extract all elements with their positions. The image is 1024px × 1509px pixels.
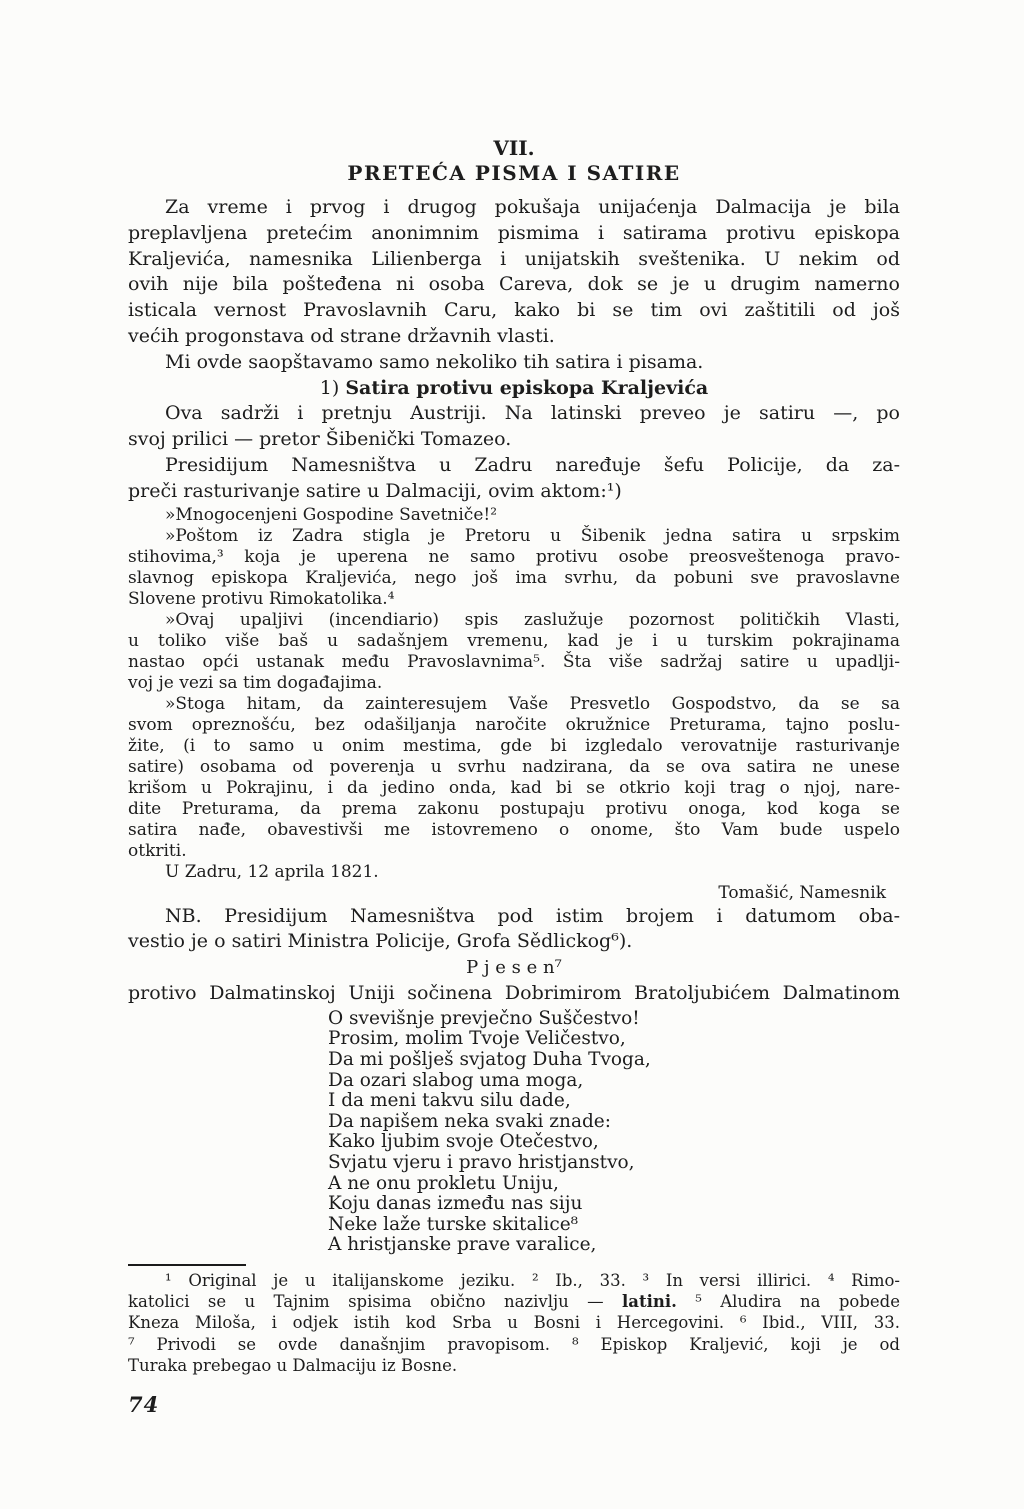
- poem-title: P j e s e n⁷: [128, 955, 900, 981]
- text-line: Turaka prebegao u Dalmaciju iz Bosne.: [128, 1355, 900, 1376]
- text-line: Koju danas između nas siju: [328, 1194, 900, 1215]
- text-line: satira nađe, obavestivši me istovremeno …: [128, 820, 900, 841]
- text-line: Da mi pošlješ svjatog Duha Tvoga,: [328, 1050, 900, 1071]
- footnotes: ¹ Original je u italijanskome jeziku. ² …: [128, 1270, 900, 1376]
- book-page: VII. PRETEĆA PISMA I SATIRE Za vreme i p…: [0, 0, 1024, 1509]
- intro-paragraph: Za vreme i prvog i drugog pokušaja unija…: [128, 195, 900, 350]
- presidium-order-paragraph: Presidijum Namesništva u Zadru naređuje …: [128, 453, 900, 505]
- text-line: »Stoga hitam, da zainteresujem Vaše Pres…: [128, 694, 900, 715]
- text-line: katolici se u Tajnim spisima obično nazi…: [128, 1291, 900, 1312]
- text-line: nastao opći ustanak među Pravoslavnima⁵.…: [128, 652, 900, 673]
- text-line: Svjatu vjeru i pravo hristjanstvo,: [328, 1153, 900, 1174]
- text-line: Slovene protivu Rimokatolika.⁴: [128, 589, 900, 610]
- bold-text-segment: Satira protivu episkopa Kraljevića: [345, 377, 708, 399]
- text-line: A hristjanske prave varalice,: [328, 1235, 900, 1256]
- text-line: preči rasturivanje satire u Dalmaciji, o…: [128, 479, 900, 505]
- text-line: ovih nije bila pošteđena ni osoba Careva…: [128, 272, 900, 298]
- letter-paragraph-3: »Stoga hitam, da zainteresujem Vaše Pres…: [128, 694, 900, 862]
- text-line: Tomašić, Namesnik: [128, 883, 900, 904]
- letter-paragraph-2: »Ovaj upaljivi (incendiario) spis zasluž…: [128, 610, 900, 694]
- satire-intro-paragraph: Ova sadrži i pretnju Austriji. Na latins…: [128, 401, 900, 453]
- text-line: P j e s e n⁷: [128, 955, 900, 981]
- letter-paragraph-1: »Poštom iz Zadra stigla je Pretoru u Šib…: [128, 526, 900, 610]
- text-line: isticala vernost Pravoslavnih Caru, kako…: [128, 298, 900, 324]
- text-line: Mi ovde saopštavamo samo nekoliko tih sa…: [128, 350, 900, 376]
- text-line: Kneza Miloša, i odjek istih kod Srba u B…: [128, 1312, 900, 1333]
- text-line: satire) osobama od poverenja u svrhu nad…: [128, 757, 900, 778]
- text-line: slavnog episkopa Kraljevića, nego još im…: [128, 568, 900, 589]
- poem-subtitle: protivo Dalmatinskoj Uniji sočinena Dobr…: [128, 981, 900, 1007]
- text-line: Kako ljubim svoje Otečestvo,: [328, 1132, 900, 1153]
- nb-paragraph: NB. Presidijum Namesništva pod istim bro…: [128, 904, 900, 956]
- text-line: preplavljena pretećim anonimnim pismima …: [128, 221, 900, 247]
- text-line: Presidijum Namesništva u Zadru naređuje …: [128, 453, 900, 479]
- text-line: Kraljevića, namesnika Lilienberga i unij…: [128, 247, 900, 273]
- page-body: Za vreme i prvog i drugog pokušaja unija…: [128, 195, 900, 1376]
- text-line: stihovima,³ koja je uperena ne samo prot…: [128, 547, 900, 568]
- text-line: vestio je o satiri Ministra Policije, Gr…: [128, 929, 900, 955]
- text-segment: katolici se u Tajnim spisima obično nazi…: [128, 1292, 622, 1311]
- text-line: »Ovaj upaljivi (incendiario) spis zasluž…: [128, 610, 900, 631]
- announce-line: Mi ovde saopštavamo samo nekoliko tih sa…: [128, 350, 900, 376]
- text-line: O svevišnje prevječno Suščestvo!: [328, 1009, 900, 1030]
- text-line: 1) Satira protivu episkopa Kraljevića: [128, 376, 900, 402]
- footnote-rule: [128, 1264, 246, 1266]
- bold-text-segment: latini.: [622, 1292, 677, 1311]
- chapter-title: PRETEĆA PISMA I SATIRE: [128, 161, 900, 186]
- letter-salutation: »Mnogocenjeni Gospodine Savetniče!²: [128, 505, 900, 526]
- text-line: Da ozari slabog uma moga,: [328, 1071, 900, 1092]
- text-line: ¹ Original je u italijanskome jeziku. ² …: [128, 1270, 900, 1291]
- text-line: dite Preturama, da prema zakonu postupaj…: [128, 799, 900, 820]
- text-line: voj je vezi sa tim događajima.: [128, 673, 900, 694]
- text-line: Prosim, molim Tvoje Veličestvo,: [328, 1029, 900, 1050]
- text-line: žite, (i to samo u onim mestima, gde bi …: [128, 736, 900, 757]
- text-line: u toliko više baš u sadašnjem vremenu, k…: [128, 631, 900, 652]
- letter-signature: Tomašić, Namesnik: [128, 883, 900, 904]
- text-line: A ne onu prokletu Uniju,: [328, 1174, 900, 1195]
- text-line: Za vreme i prvog i drugog pokušaja unija…: [128, 195, 900, 221]
- text-line: »Mnogocenjeni Gospodine Savetniče!²: [128, 505, 900, 526]
- text-line: Neke laže turske skitalice⁸: [328, 1215, 900, 1236]
- section-heading: 1) Satira protivu episkopa Kraljevića: [128, 376, 900, 402]
- chapter-number: VII.: [128, 136, 900, 161]
- text-line: protivo Dalmatinskoj Uniji sočinena Dobr…: [128, 981, 900, 1007]
- text-line: NB. Presidijum Namesništva pod istim bro…: [128, 904, 900, 930]
- text-line: I da meni takvu silu dade,: [328, 1091, 900, 1112]
- text-line: krišom u Pokrajinu, i da jedino onda, ka…: [128, 778, 900, 799]
- text-line: svom opreznošću, bez odašiljanja naročit…: [128, 715, 900, 736]
- page-number: 74: [128, 1392, 900, 1417]
- text-segment: ⁵ Aludira na pobede: [677, 1292, 900, 1311]
- text-line: većih progonstava od strane državnih vla…: [128, 324, 900, 350]
- poem: O svevišnje prevječno Suščestvo!Prosim, …: [128, 1009, 900, 1256]
- text-line: U Zadru, 12 aprila 1821.: [128, 862, 900, 883]
- text-line: ⁷ Privodi se ovde današnjim pravopisom. …: [128, 1334, 900, 1355]
- text-line: svoj prilici — pretor Šibenički Tomazeo.: [128, 427, 900, 453]
- letter-dateline: U Zadru, 12 aprila 1821.: [128, 862, 900, 883]
- text-line: otkriti.: [128, 841, 900, 862]
- text-line: Da napišem neka svaki znade:: [328, 1112, 900, 1133]
- text-line: Ova sadrži i pretnju Austriji. Na latins…: [128, 401, 900, 427]
- text-line: »Poštom iz Zadra stigla je Pretoru u Šib…: [128, 526, 900, 547]
- text-segment: 1): [320, 377, 346, 399]
